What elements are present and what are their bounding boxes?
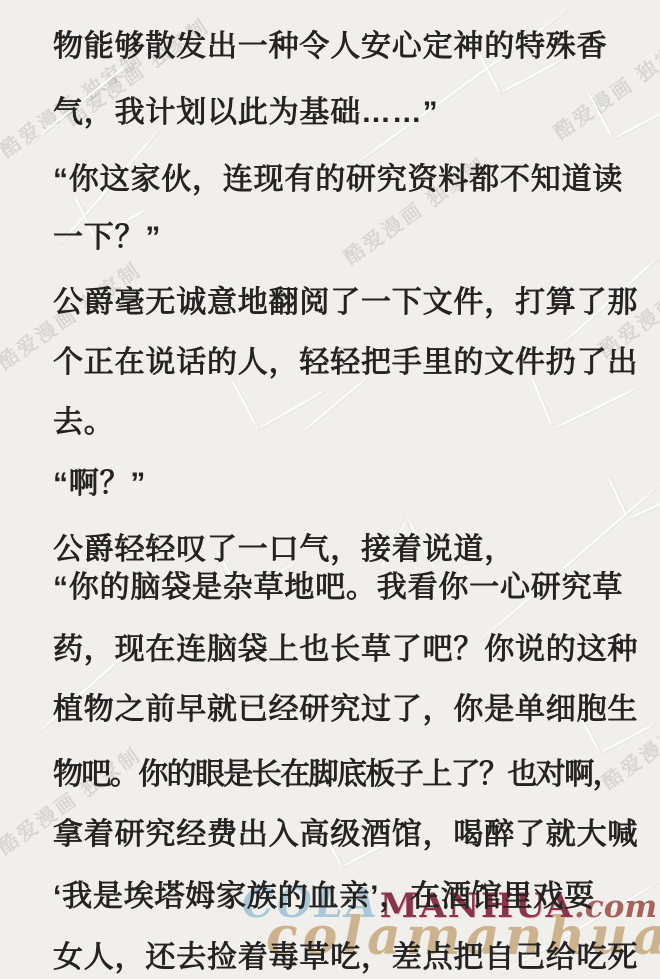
text-line: 物能够散发出一种令人安心定神的特殊香 [53,21,607,65]
crease-line [299,375,370,435]
text-line: ‘我是埃塔姆家族的血亲’，在酒馆里戏耍 [53,871,595,915]
text-line: 拿着研究经费出入高级酒馆，喝醉了就大喊 [53,809,638,853]
crease-vee [530,375,554,430]
text-line: 植物之前早就已经研究过了，你是单细胞生 [53,684,638,728]
text-line: 物吧。你的眼是长在脚底板子上了？也对啊， [53,749,621,793]
crease-vee [258,389,327,430]
text-line: “你的脑袋是杂草地吧。我看你一心研究草 [53,562,623,606]
text-line: 气，我计划以此为基础……” [53,87,438,131]
text-line: 女人，还去捡着毒草吃，差点把自己给吃死 [53,932,638,976]
text-line: 去。 [53,397,115,441]
crease-vee [230,377,259,429]
text-line: “你这家伙，连现有的研究资料都不知道读 [53,154,623,198]
crease-vee [553,386,639,429]
crease-vee [613,105,660,140]
text-line: 药，现在连脑袋上也长草了吧？你说的这种 [53,624,638,668]
text-line: “啊？” [53,458,146,502]
text-line: 一下？” [53,212,161,256]
novel-text-page: 酷爱漫画 独家制 酷爱漫画 独家制 酷爱漫画 独家制 酷爱漫画 独家制 酷爱漫画… [0,0,660,979]
text-line: 个正在说话的人，轻轻把手里的文件扔了出 [53,337,638,381]
text-line: 公爵毫无诚意地翻阅了一下文件，打算了那 [53,277,638,321]
crease-vee [607,475,629,519]
